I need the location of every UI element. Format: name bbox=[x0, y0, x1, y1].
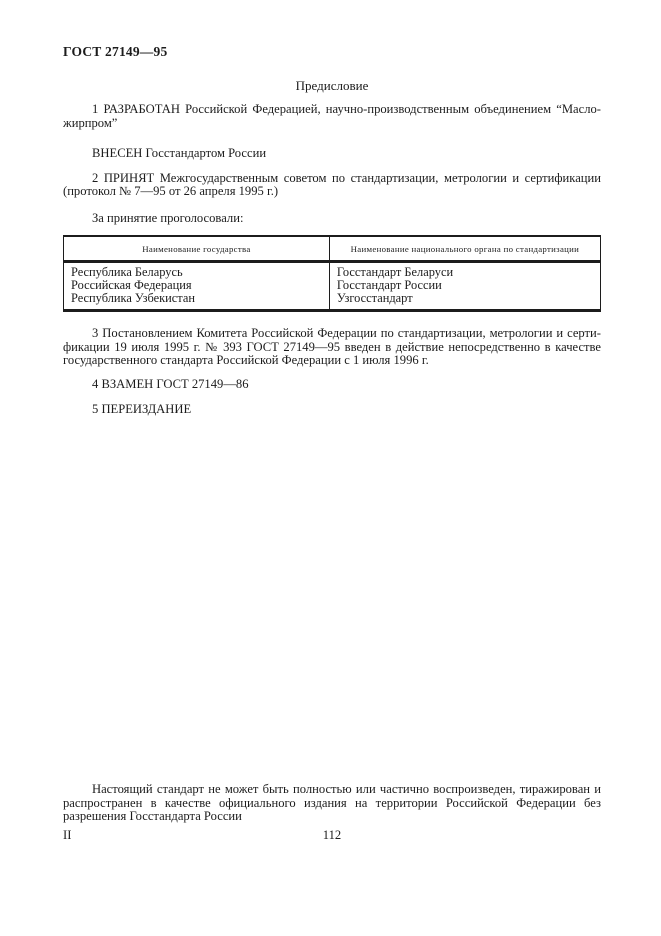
voting-table-head: Наименование государства Наименование на… bbox=[64, 236, 601, 262]
text-line: За принятие проголосовали: bbox=[63, 212, 601, 226]
para-decree: 3 Постановлением Комитета Российской Фед… bbox=[63, 327, 601, 368]
document-page: ГОСТ 27149—95 Предисловие 1 РАЗРАБОТАН Р… bbox=[0, 0, 661, 936]
para-submitted: ВНЕСЕН Госстандартом России bbox=[63, 147, 601, 161]
text-line: 5 ПЕРЕИЗДАНИЕ bbox=[63, 403, 601, 417]
voting-table-body: Республика Беларусь Госстандарт Беларуси… bbox=[64, 262, 601, 311]
para-adopted: 2 ПРИНЯТ Межгосударственным советом по с… bbox=[63, 172, 601, 199]
table-cell-state: Республика Беларусь bbox=[64, 262, 330, 280]
text-line: государственного стандарта Российской Фе… bbox=[63, 354, 601, 368]
text-line: ВНЕСЕН Госстандартом России bbox=[63, 147, 601, 161]
text-line: 2 ПРИНЯТ Межгосударственным советом по с… bbox=[63, 172, 601, 186]
text-line: жирпром” bbox=[63, 117, 601, 131]
para-reissue: 5 ПЕРЕИЗДАНИЕ bbox=[63, 403, 601, 417]
page-footer-row: 112 II bbox=[63, 828, 601, 843]
page-number: 112 bbox=[63, 828, 601, 843]
document-code: ГОСТ 27149—95 bbox=[63, 44, 601, 59]
para-developed: 1 РАЗРАБОТАН Российской Федерацией, науч… bbox=[63, 103, 601, 130]
voting-table: Наименование государства Наименование на… bbox=[63, 235, 601, 312]
para-vote-intro: За принятие проголосовали: bbox=[63, 212, 601, 226]
table-cell-org: Узгосстандарт bbox=[329, 292, 600, 311]
text-line: фикации 19 июля 1995 г. № 393 ГОСТ 27149… bbox=[63, 341, 601, 355]
text-line: разрешения Госстандарта России bbox=[63, 810, 601, 824]
table-cell-org: Госстандарт Беларуси bbox=[329, 262, 600, 280]
text-line: 1 РАЗРАБОТАН Российской Федерацией, науч… bbox=[63, 103, 601, 117]
copyright-notice: Настоящий стандарт не может быть полност… bbox=[63, 783, 601, 824]
text-line: распространен в качестве официального из… bbox=[63, 797, 601, 811]
table-header-row: Наименование государства Наименование на… bbox=[64, 236, 601, 262]
table-row: Республика Узбекистан Узгосстандарт bbox=[64, 292, 601, 311]
table-header-state: Наименование государства bbox=[64, 236, 330, 262]
text-line: (протокол № 7—95 от 26 апреля 1995 г.) bbox=[63, 185, 601, 199]
table-cell-state: Республика Узбекистан bbox=[64, 292, 330, 311]
page-roman-numeral: II bbox=[63, 828, 71, 843]
text-line: Настоящий стандарт не может быть полност… bbox=[63, 783, 601, 797]
text-line: 4 ВЗАМЕН ГОСТ 27149—86 bbox=[63, 378, 601, 392]
preface-title: Предисловие bbox=[63, 79, 601, 93]
table-row: Республика Беларусь Госстандарт Беларуси bbox=[64, 262, 601, 280]
text-line: 3 Постановлением Комитета Российской Фед… bbox=[63, 327, 601, 341]
para-replaces: 4 ВЗАМЕН ГОСТ 27149—86 bbox=[63, 378, 601, 392]
table-header-org: Наименование национального органа по ста… bbox=[329, 236, 600, 262]
